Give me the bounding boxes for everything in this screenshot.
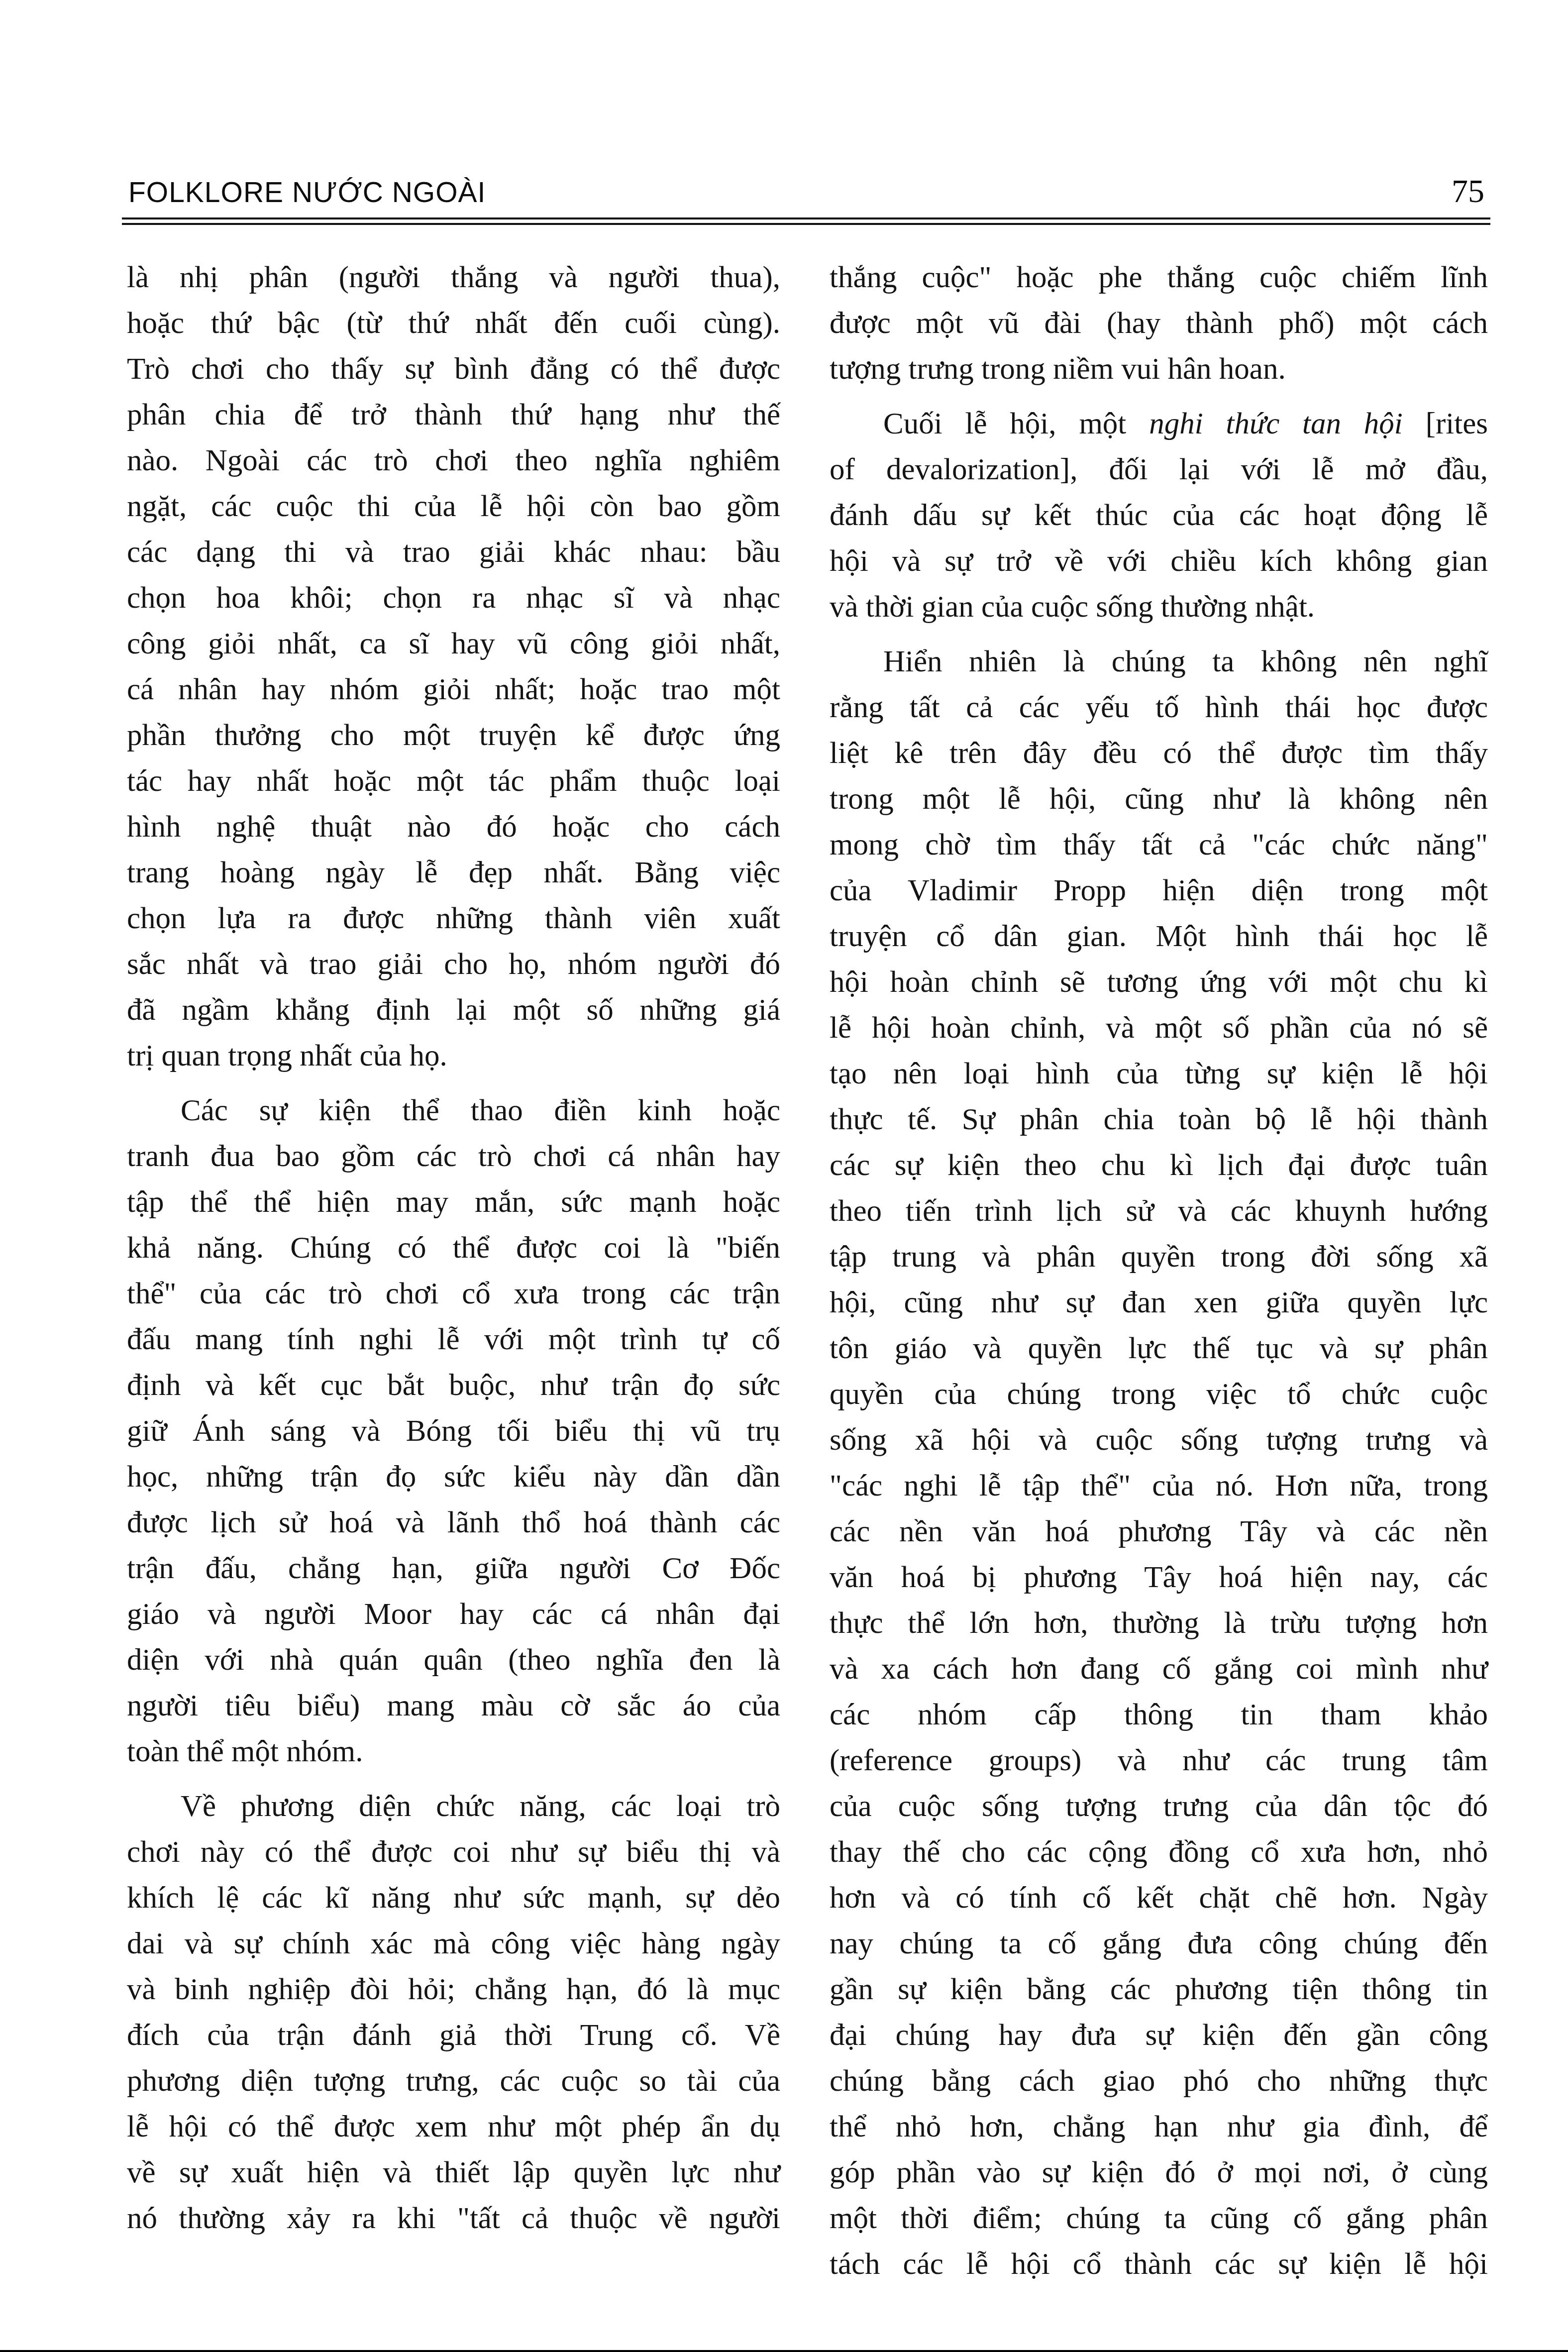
text-line: các sự kiện theo chu kì lịch đại được tu…: [830, 1143, 1488, 1188]
text-line: tranh đua bao gồm các trò chơi cá nhân h…: [127, 1134, 780, 1179]
text-line: of devalorization], đối lại với lễ mở đầ…: [830, 447, 1488, 493]
text-line: hội và sự trở về với chiều kích không gi…: [830, 538, 1488, 584]
text-line: và xa cách hơn đang cố gắng coi mình như: [830, 1646, 1488, 1692]
text-line: sắc nhất và trao giải cho họ, nhóm người…: [127, 942, 780, 987]
text-line: đã ngầm khẳng định lại một số những giá: [127, 987, 780, 1033]
header-rule-top: [122, 217, 1490, 219]
text-line: các nền văn hoá phương Tây và các nền: [830, 1509, 1488, 1555]
text-line: trang hoàng ngày lễ đẹp nhất. Bằng việc: [127, 850, 780, 896]
text-line: và binh nghiệp đòi hỏi; chẳng hạn, đó là…: [127, 1967, 780, 2013]
text-line: dai và sự chính xác mà công việc hàng ng…: [127, 1921, 780, 1967]
text-line: công giỏi nhất, ca sĩ hay vũ công giỏi n…: [127, 621, 780, 667]
text-line: được một vũ đài (hay thành phố) một cách: [830, 301, 1488, 346]
text-line: định và kết cục bắt buộc, như trận đọ sứ…: [127, 1363, 780, 1408]
text-line: tôn giáo và quyền lực thế tục và sự phân: [830, 1326, 1488, 1372]
text-line: và thời gian của cuộc sống thường nhật.: [830, 584, 1488, 630]
text-line: hội hoàn chỉnh sẽ tương ứng với một chu …: [830, 960, 1488, 1005]
text-line: toàn thể một nhóm.: [127, 1729, 780, 1775]
text-line: về sự xuất hiện và thiết lập quyền lực n…: [127, 2150, 780, 2196]
text-line: trị quan trọng nhất của họ.: [127, 1033, 780, 1079]
text-line: phần thưởng cho một truyện kể được ứng: [127, 713, 780, 758]
text-line: sống xã hội và cuộc sống tượng trưng và: [830, 1417, 1488, 1463]
text-line: gần sự kiện bằng các phương tiện thông t…: [830, 1967, 1488, 2013]
text-line: nào. Ngoài các trò chơi theo nghĩa nghiê…: [127, 438, 780, 484]
text-line: góp phần vào sự kiện đó ở mọi nơi, ở cùn…: [830, 2150, 1488, 2196]
page-number: 75: [1452, 173, 1484, 210]
paragraph: Cuối lễ hội, một nghi thức tan hội [rite…: [830, 401, 1488, 630]
text-run: [rites: [1403, 407, 1488, 440]
text-line: tác hay nhất hoặc một tác phẩm thuộc loạ…: [127, 758, 780, 804]
text-line: các nhóm cấp thông tin tham khảo: [830, 1692, 1488, 1738]
text-line: Hiển nhiên là chúng ta không nên nghĩ: [830, 639, 1488, 685]
text-line: chơi này có thể được coi như sự biểu thị…: [127, 1829, 780, 1875]
text-run: Cuối lễ hội, một: [883, 407, 1149, 440]
text-line: rằng tất cả các yếu tố hình thái học đượ…: [830, 685, 1488, 731]
text-line: thực tế. Sự phân chia toàn bộ lễ hội thà…: [830, 1097, 1488, 1143]
text-line: giáo và người Moor hay các cá nhân đại: [127, 1592, 780, 1637]
header-rule-bottom: [122, 223, 1490, 225]
text-line: liệt kê trên đây đều có thể được tìm thấ…: [830, 731, 1488, 776]
text-line: trận đấu, chẳng hạn, giữa người Cơ Đốc: [127, 1546, 780, 1592]
text-line: hình nghệ thuật nào đó hoặc cho cách: [127, 804, 780, 850]
text-line: Về phương diện chức năng, các loại trò: [127, 1784, 780, 1829]
text-line: khả năng. Chúng có thể được coi là "biến: [127, 1225, 780, 1271]
text-line: thực thể lớn hơn, thường là trừu tượng h…: [830, 1601, 1488, 1646]
text-line: Trò chơi cho thấy sự bình đẳng có thể đư…: [127, 346, 780, 392]
page-bottom-edge: [0, 2350, 1568, 2352]
text-line: cá nhân hay nhóm giỏi nhất; hoặc trao mộ…: [127, 667, 780, 713]
text-line: thể nhỏ hơn, chẳng hạn như gia đình, để: [830, 2104, 1488, 2150]
text-line: người tiêu biểu) mang màu cờ sắc áo của: [127, 1683, 780, 1729]
text-line: nó thường xảy ra khi "tất cả thuộc về ng…: [127, 2196, 780, 2242]
text-line: (reference groups) và như các trung tâm: [830, 1738, 1488, 1784]
text-line: ngặt, các cuộc thi của lễ hội còn bao gồ…: [127, 484, 780, 530]
text-line: tạo nên loại hình của từng sự kiện lễ hộ…: [830, 1051, 1488, 1097]
running-head: FOLKLORE NƯỚC NGOÀI: [128, 175, 486, 210]
text-line: văn hoá bị phương Tây hoá hiện nay, các: [830, 1555, 1488, 1601]
text-line: truyện cổ dân gian. Một hình thái học lễ: [830, 914, 1488, 960]
text-line: quyền của chúng trong việc tổ chức cuộc: [830, 1372, 1488, 1417]
text-line: hoặc thứ bậc (từ thứ nhất đến cuối cùng)…: [127, 301, 780, 346]
paragraph: là nhị phân (người thắng và người thua),…: [127, 255, 780, 1079]
italic-term: nghi thức tan hội: [1149, 407, 1403, 440]
text-line: của cuộc sống tượng trưng của dân tộc đó: [830, 1784, 1488, 1829]
text-line: thay thế cho các cộng đồng cổ xưa hơn, n…: [830, 1829, 1488, 1875]
text-line: mong chờ tìm thấy tất cả "các chức năng": [830, 822, 1488, 868]
text-line: "các nghi lễ tập thể" của nó. Hơn nữa, t…: [830, 1463, 1488, 1509]
text-line: thể" của các trò chơi cổ xưa trong các t…: [127, 1271, 780, 1317]
text-line: học, những trận đọ sức kiểu này dần dần: [127, 1454, 780, 1500]
text-line: chọn hoa khôi; chọn ra nhạc sĩ và nhạc: [127, 575, 780, 621]
text-line: nay chúng ta cố gắng đưa công chúng đến: [830, 1921, 1488, 1967]
text-line: đánh dấu sự kết thúc của các hoạt động l…: [830, 493, 1488, 538]
right-column: thắng cuộc" hoặc phe thắng cuộc chiếm lĩ…: [830, 255, 1488, 2296]
text-line: đấu mang tính nghi lễ với một trình tự c…: [127, 1317, 780, 1363]
text-line: phương diện tượng trưng, các cuộc so tài…: [127, 2058, 780, 2104]
text-line: phân chia để trở thành thứ hạng như thế: [127, 392, 780, 438]
text-line: Cuối lễ hội, một nghi thức tan hội [rite…: [830, 401, 1488, 447]
left-column: là nhị phân (người thắng và người thua),…: [127, 255, 780, 2250]
text-line: đại chúng hay đưa sự kiện đến gần công: [830, 2013, 1488, 2058]
text-line: chọn lựa ra được những thành viên xuất: [127, 896, 780, 942]
text-line: diện với nhà quán quân (theo nghĩa đen l…: [127, 1637, 780, 1683]
text-line: Các sự kiện thể thao điền kinh hoặc: [127, 1088, 780, 1134]
text-line: được lịch sử hoá và lãnh thổ hoá thành c…: [127, 1500, 780, 1546]
text-line: giữ Ánh sáng và Bóng tối biểu thị vũ trụ: [127, 1408, 780, 1454]
text-line: lễ hội hoàn chỉnh, và một số phần của nó…: [830, 1005, 1488, 1051]
text-line: tượng trưng trong niềm vui hân hoan.: [830, 346, 1488, 392]
text-line: tập trung và phân quyền trong đời sống x…: [830, 1234, 1488, 1280]
text-line: trong một lễ hội, cũng như là không nên: [830, 776, 1488, 822]
text-line: hơn và có tính cố kết chặt chẽ hơn. Ngày: [830, 1875, 1488, 1921]
paragraph: Các sự kiện thể thao điền kinh hoặctranh…: [127, 1088, 780, 1775]
text-line: chúng bằng cách giao phó cho những thực: [830, 2058, 1488, 2104]
paragraph: Hiển nhiên là chúng ta không nên nghĩrằn…: [830, 639, 1488, 2287]
text-line: lễ hội có thể được xem như một phép ẩn d…: [127, 2104, 780, 2150]
paragraph: thắng cuộc" hoặc phe thắng cuộc chiếm lĩ…: [830, 255, 1488, 392]
paragraph: Về phương diện chức năng, các loại tròch…: [127, 1784, 780, 2242]
text-line: một thời điểm; chúng ta cũng cố gắng phâ…: [830, 2196, 1488, 2242]
text-line: thắng cuộc" hoặc phe thắng cuộc chiếm lĩ…: [830, 255, 1488, 301]
text-line: tập thể thể hiện may mắn, sức mạnh hoặc: [127, 1179, 780, 1225]
text-line: của Vladimir Propp hiện diện trong một: [830, 868, 1488, 914]
text-line: các dạng thi và trao giải khác nhau: bầu: [127, 530, 780, 575]
text-line: tách các lễ hội cổ thành các sự kiện lễ …: [830, 2242, 1488, 2287]
text-line: khích lệ các kĩ năng như sức mạnh, sự dẻ…: [127, 1875, 780, 1921]
text-line: theo tiến trình lịch sử và các khuynh hư…: [830, 1188, 1488, 1234]
text-line: hội, cũng như sự đan xen giữa quyền lực: [830, 1280, 1488, 1326]
text-line: là nhị phân (người thắng và người thua),: [127, 255, 780, 301]
text-line: đích của trận đánh giả thời Trung cổ. Về: [127, 2013, 780, 2058]
